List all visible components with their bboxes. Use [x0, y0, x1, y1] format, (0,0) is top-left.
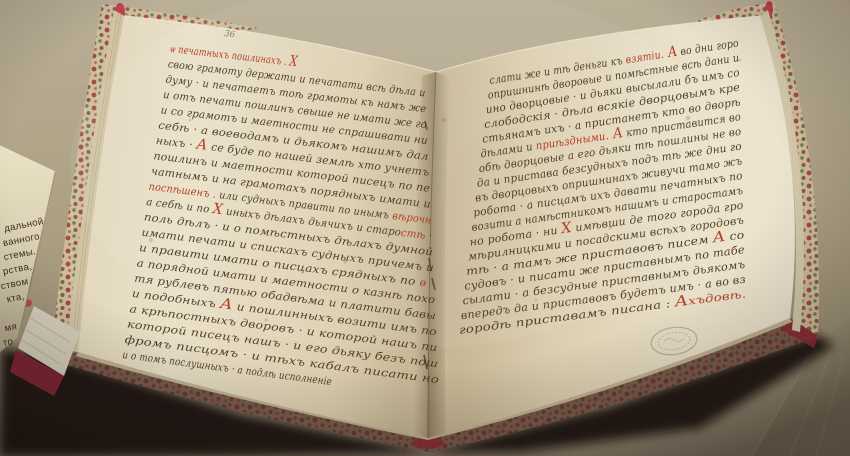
photo-manuscript-display: 36 ѡ печатныхъ пошлинахъ . Хсвою грамоту… [0, 0, 850, 456]
photo-grain [0, 0, 850, 456]
